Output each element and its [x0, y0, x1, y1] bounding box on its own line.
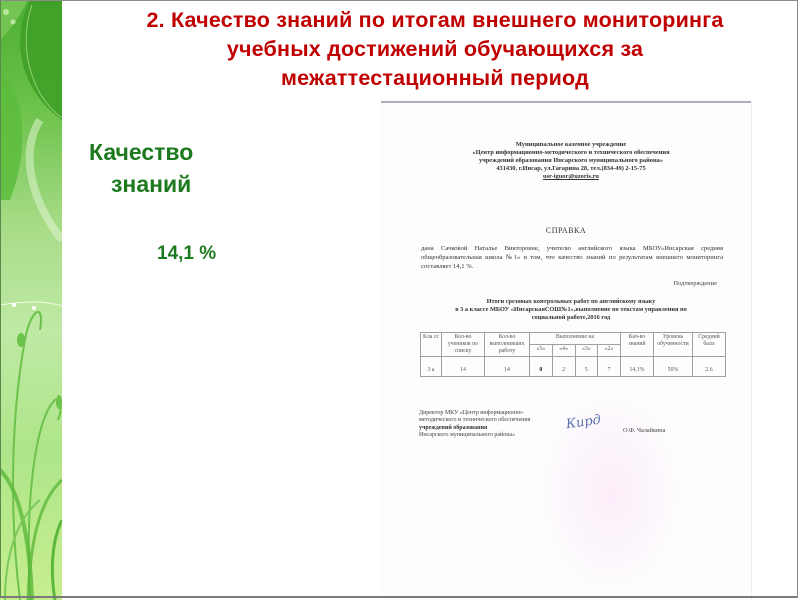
- cell-avg: 2.6: [693, 357, 726, 377]
- cell-grade-5: 0: [530, 357, 553, 377]
- results-title: Итоги срезовых контрольных работ по англ…: [421, 298, 721, 322]
- document-edge: [751, 101, 752, 600]
- col-grade-4: «4»: [552, 345, 575, 357]
- scanned-certificate-image: Муниципальное казенное учреждение «Центр…: [381, 101, 751, 600]
- col-grades-group: Выполнение на: [530, 333, 621, 345]
- col-students-done: Кол-во выполнивших работу: [485, 333, 530, 357]
- results-title-line: Итоги срезовых контрольных работ по англ…: [421, 298, 721, 306]
- org-line: «Центр информационно-методического и тех…: [421, 149, 721, 157]
- cell-grade-4: 2: [552, 357, 575, 377]
- table-header-row: Кла сс Кол-во учеников по списку Кол-во …: [421, 333, 726, 345]
- document-body: дана Сачковой Наталье Викторовне, учител…: [421, 244, 723, 271]
- cell-quality: 14,1%: [621, 357, 654, 377]
- cell-level: 50%: [654, 357, 693, 377]
- title-line-2: учебных достижений обучающихся за: [70, 35, 800, 64]
- quality-label: Качество знаний: [89, 136, 193, 200]
- document-heading: СПРАВКА: [381, 226, 751, 235]
- col-students-listed: Кол-во учеников по списку: [442, 333, 485, 357]
- col-quality: Кач-во знаний: [621, 333, 654, 357]
- table-row: 3 а 14 14 0 2 5 7 14,1% 50% 2.6: [421, 357, 726, 377]
- cell-students-done: 14: [485, 357, 530, 377]
- quality-label-line2: знаний: [89, 168, 193, 200]
- results-table: Кла сс Кол-во учеников по списку Кол-во …: [420, 332, 726, 377]
- col-grade-3: «3»: [575, 345, 598, 357]
- title-line-1-text: Качество знаний по итогам внешнего монит…: [171, 8, 724, 32]
- title-number: 2.: [146, 8, 164, 32]
- cell-grade-3: 5: [575, 357, 598, 377]
- results-title-line: социальной работе,2016 год: [421, 314, 721, 322]
- quality-label-line1: Качество: [89, 139, 193, 165]
- col-avg: Средний балл: [693, 333, 726, 357]
- decorative-leaf-strip: [0, 0, 62, 600]
- org-line: 431430, г.Инсар, ул.Гагарина 28, тел.(83…: [421, 165, 721, 173]
- results-title-line: в 3 а классе МБОУ «ИнсарскаяСОШ№1»,выпол…: [421, 306, 721, 314]
- quality-value: 14,1 %: [157, 243, 216, 265]
- confirmation-label: Подтверждение: [673, 280, 717, 287]
- organization-header: Муниципальное казенное учреждение «Центр…: [421, 141, 721, 181]
- col-class: Кла сс: [421, 333, 442, 357]
- org-line: Муниципальное казенное учреждение: [421, 141, 721, 149]
- signer-name: О.Ф. Чалайкина: [623, 427, 665, 434]
- cell-class: 3 а: [421, 357, 442, 377]
- cell-students-listed: 14: [442, 357, 485, 377]
- title-line-3: межаттестационный период: [70, 64, 800, 93]
- leaf-pattern-icon: [0, 0, 62, 600]
- slide-title: 2. Качество знаний по итогам внешнего мо…: [70, 6, 800, 93]
- col-level: Уровень обученности: [654, 333, 693, 357]
- col-grade-5: «5»: [530, 345, 553, 357]
- signer-line: Инсарского муниципального района»: [419, 432, 599, 439]
- org-email: usr-iguor@uzoris.ru: [421, 173, 721, 181]
- title-line-1: 2. Качество знаний по итогам внешнего мо…: [70, 6, 800, 35]
- cell-grade-2: 7: [598, 357, 621, 377]
- org-line: учреждений образования Инсарского муници…: [421, 157, 721, 165]
- col-grade-2: «2»: [598, 345, 621, 357]
